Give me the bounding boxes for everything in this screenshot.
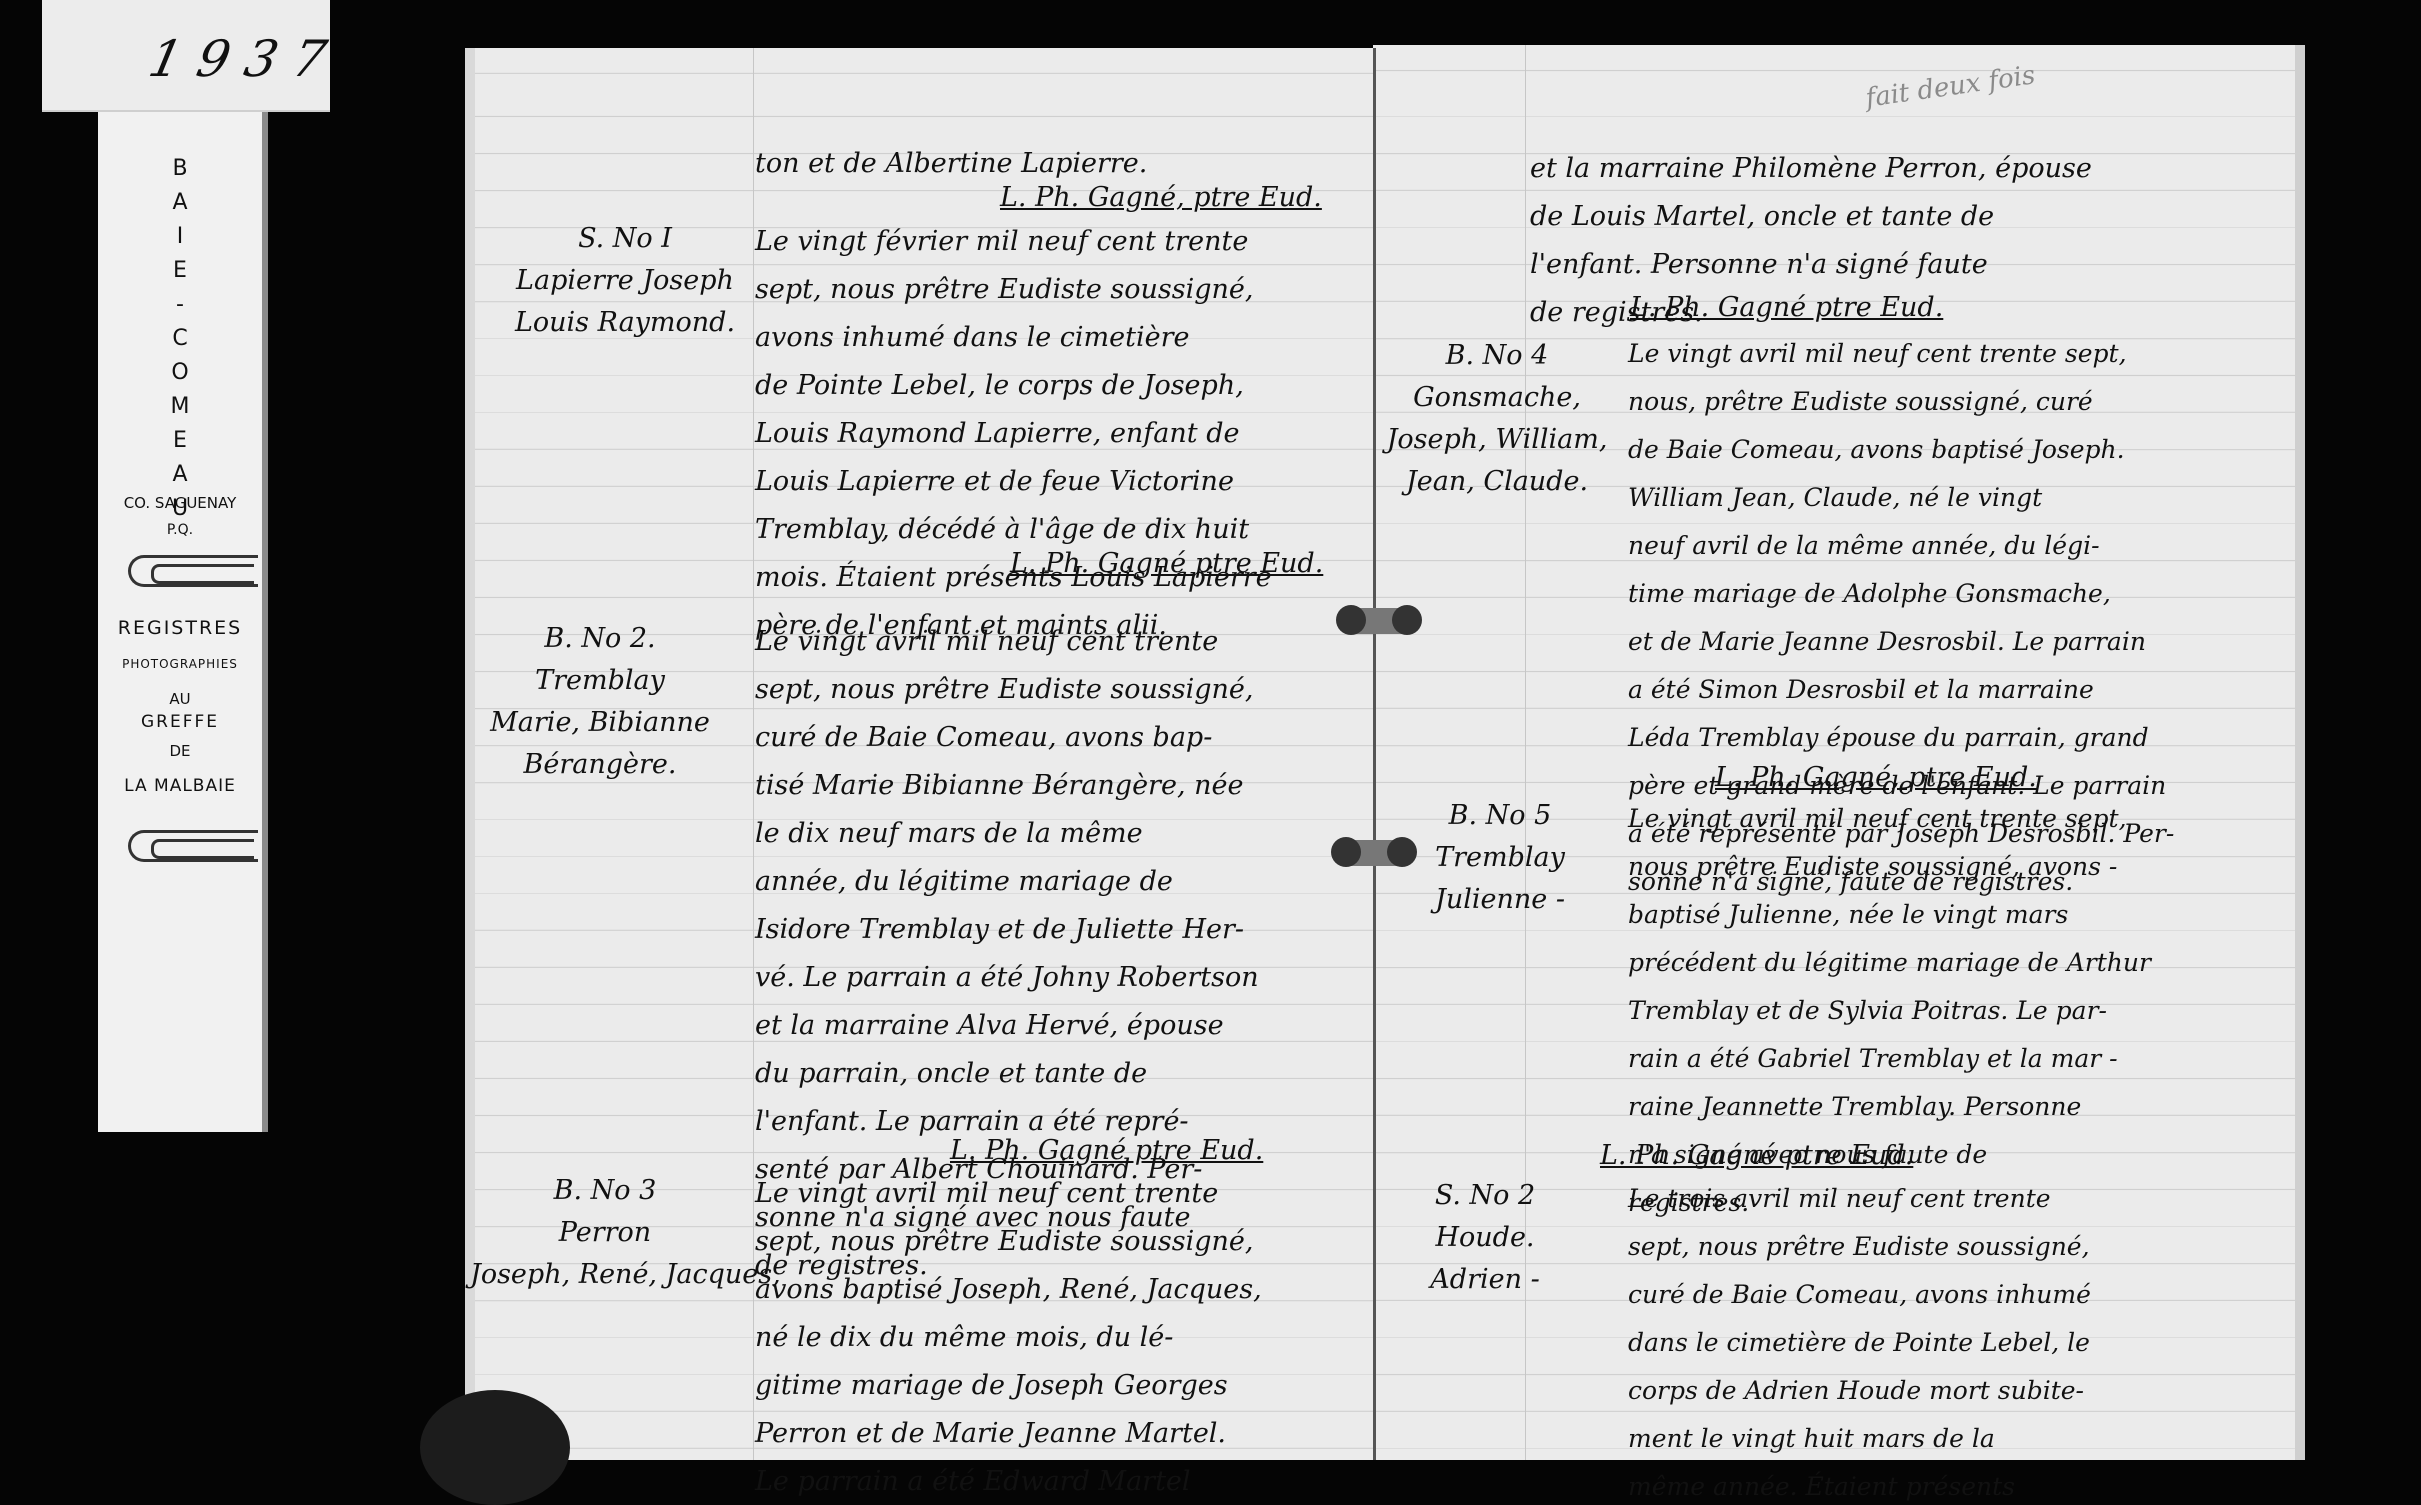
signature: L. Ph. Gagné ptre Eud. — [1630, 292, 1943, 323]
place-letter: I — [98, 220, 262, 254]
place-letter: A — [98, 458, 262, 492]
year-label-tag: 1937 — [42, 0, 330, 112]
entry-body-b-no-3: Le vingt avril mil neuf cent trente sept… — [755, 1170, 1262, 1505]
binding-ring-icon — [1340, 608, 1418, 634]
greffe-label: GREFFE — [98, 712, 262, 732]
place-letter: M — [98, 390, 262, 424]
entry-body-s-no-1: Le vingt février mil neuf cent trente se… — [755, 218, 1272, 650]
signature: L. Ph. Gagné, ptre Eud. — [1715, 762, 2037, 793]
entry-margin-b-no-5: B. No 5 Tremblay Julienne - — [1400, 795, 1600, 921]
entry-body-s-no-2: Le trois avril mil neuf cent trente sept… — [1628, 1175, 2091, 1505]
archive-side-strip: B A I E - C O M E A U CO. SAGUENAY P.Q. … — [98, 112, 268, 1132]
place-letter: A — [98, 186, 262, 220]
entry-margin-s-no-1: S. No I Lapierre Joseph Louis Raymond. — [505, 218, 745, 344]
photographies-label: PHOTOGRAPHIES — [98, 657, 262, 671]
entry-margin-b-no-4: B. No 4 Gonsmache, Joseph, William, Jean… — [1382, 335, 1612, 503]
paper-clip-icon — [128, 555, 258, 587]
entry-margin-b-no-3: B. No 3 Perron Joseph, René, Jacques, — [470, 1170, 740, 1296]
thumb-shadow — [420, 1390, 570, 1505]
place-letter: O — [98, 356, 262, 390]
de-label: DE — [98, 742, 262, 760]
au-label: AU — [98, 690, 262, 708]
book-binding — [1373, 48, 1376, 1460]
continuation-text: ton et de Albertine Lapierre. — [755, 140, 1147, 188]
place-letter: B — [98, 152, 262, 186]
signature: L. Ph. Gagné ptre Eud. — [1010, 548, 1323, 579]
place-name-vertical: B A I E - C O M E A U — [98, 152, 262, 526]
signature: L. Ph. Gagné ptre Eud. — [1600, 1140, 1913, 1171]
place-letter: E — [98, 424, 262, 458]
la-malbaie-label: LA MALBAIE — [98, 776, 262, 796]
place-letter: - — [98, 288, 262, 322]
year-label-text: 1937 — [144, 30, 348, 88]
margin-rule — [753, 48, 754, 1460]
signature: L. Ph. Gagné, ptre Eud. — [1000, 182, 1322, 213]
registres-label: REGISTRES — [98, 617, 262, 639]
paper-clip-icon — [128, 830, 258, 862]
place-letter: E — [98, 254, 262, 288]
province-label: P.Q. — [98, 522, 262, 538]
place-letter: C — [98, 322, 262, 356]
county-label: CO. SAGUENAY — [98, 494, 262, 512]
entry-margin-b-no-2: B. No 2. Tremblay Marie, Bibianne Bérang… — [470, 618, 730, 786]
signature: L. Ph. Gagné ptre Eud. — [950, 1135, 1263, 1166]
entry-margin-s-no-2: S. No 2 Houde. Adrien - — [1385, 1175, 1585, 1301]
